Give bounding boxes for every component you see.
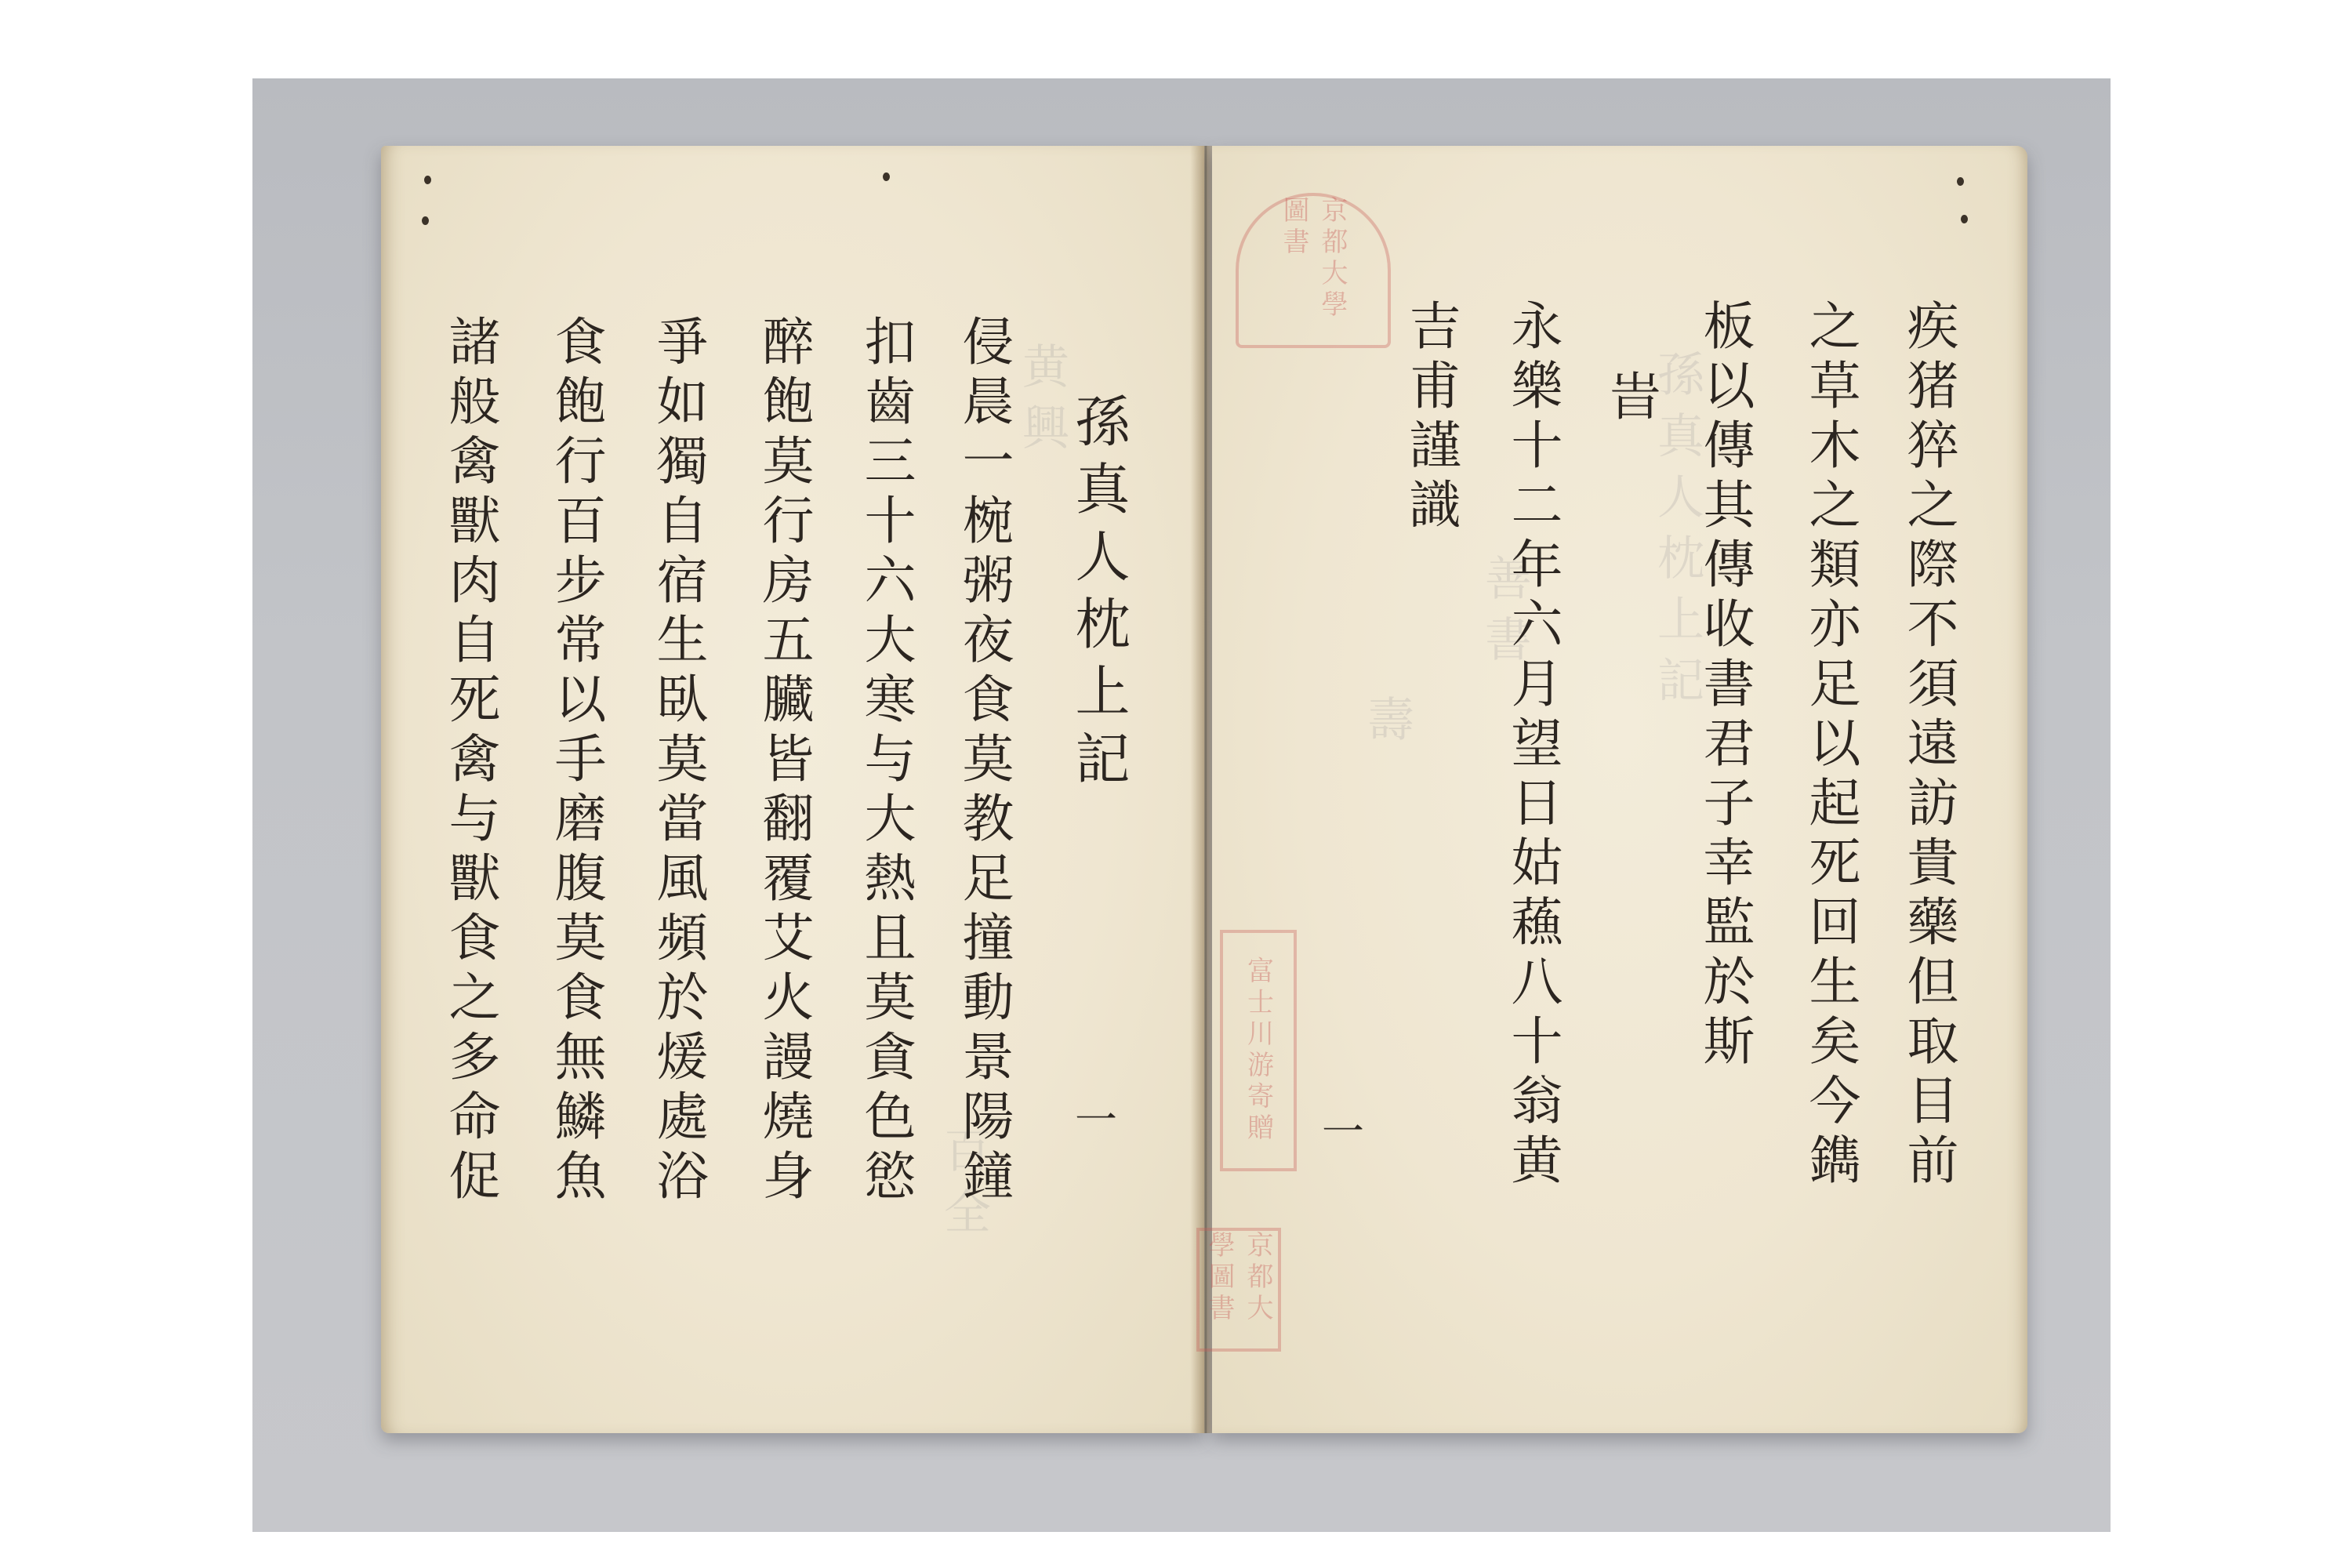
folio-number: 一 (1322, 1098, 1364, 1159)
show-through-text: 壽 (1353, 695, 1421, 756)
binding-hole (424, 176, 431, 184)
text-column-1: 疾猪猝之際不須遠訪貴藥但取目前 (1902, 299, 1954, 1192)
text-column-4: 爭如獨自宿生臥莫當風頻於煖處浴 (652, 314, 703, 1208)
text-column-2: 扣齒三十六大寒与大熱且莫貪色慾 (859, 314, 911, 1208)
binding-hole (1961, 215, 1968, 223)
binding-hole (422, 216, 429, 225)
text-column-1: 侵晨一椀粥夜食莫教足撞動景陽鐘 (957, 314, 1009, 1208)
open-book: 黄興 百全 孫真人枕上記 一 侵晨一椀粥夜食莫教足撞動景陽鐘 扣齒三十六大寒与大… (381, 146, 2043, 1433)
text-column-6: 吉甫謹識 (1404, 299, 1456, 537)
text-column-3: 醉飽莫行房五臟皆翻覆艾火謾燒身 (757, 314, 809, 1208)
text-column-5: 食飽行百步常以手磨腹莫食無鱗魚 (550, 314, 601, 1208)
document-title: 孫真人枕上記 (1071, 393, 1126, 797)
library-seal: 京都大學圖書 (1196, 1228, 1281, 1352)
donation-seal: 富士川游寄贈 (1220, 930, 1297, 1171)
left-page: 黄興 百全 孫真人枕上記 一 侵晨一椀粥夜食莫教足撞動景陽鐘 扣齒三十六大寒与大… (381, 146, 1204, 1433)
binding-hole (883, 172, 890, 181)
text-column-4: 旹 (1604, 369, 1656, 429)
text-column-3: 板以傳其傳收書君子幸監於斯 (1698, 299, 1750, 1073)
text-column-2: 之草木之類亦足以起死回生矣今鐫 (1804, 299, 1856, 1192)
right-page: 京都大學圖書 富士川游寄贈 京都大學圖書 孫真人枕上記 善書 壽 疾猪猝之際不須… (1212, 146, 2027, 1433)
folio-number: 一 (1075, 1087, 1117, 1147)
text-column-6: 諸般禽獸肉自死禽与獸食之多命促 (444, 314, 495, 1208)
binding-hole (1957, 177, 1964, 186)
text-column-5: 永樂十二年六月望日姑蘓八十翁黄 (1506, 299, 1558, 1192)
library-seal: 京都大學圖書 (1236, 193, 1391, 348)
